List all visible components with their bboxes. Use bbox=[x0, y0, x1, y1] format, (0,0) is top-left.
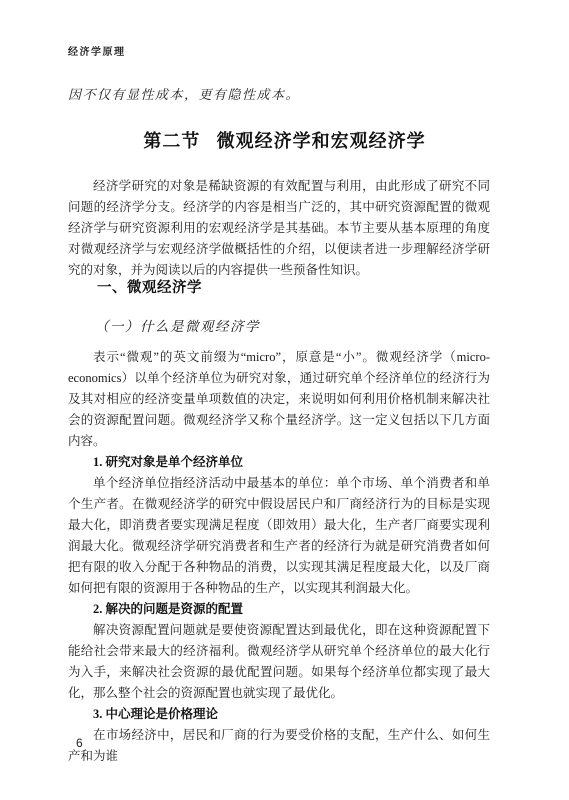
point-1-heading: 1. 研究对象是单个经济单位 bbox=[68, 452, 490, 473]
subsection-heading-microeconomics: 一、微观经济学 bbox=[68, 276, 490, 297]
point-1-paragraph: 单个经济单位指经济活动中最基本的单位：单个市场、单个消费者和单个生产者。在微观经… bbox=[68, 473, 490, 599]
section-lead-paragraph: 经济学研究的对象是稀缺资源的有效配置与利用，由此形成了研究不同问题的经济学分支。… bbox=[68, 176, 490, 281]
point-3-heading: 3. 中心理论是价格理论 bbox=[68, 704, 490, 725]
point-2-heading: 2. 解决的问题是资源的配置 bbox=[68, 599, 490, 620]
point-2-paragraph: 解决资源配置问题就是要使资源配置达到最优化，即在这种资源配置下能给社会带来最大的… bbox=[68, 620, 490, 704]
continuation-paragraph: 因不仅有显性成本，更有隐性成本。 bbox=[68, 84, 490, 103]
section-title-text: 微观经济学和宏观经济学 bbox=[217, 131, 426, 151]
page-number: 6 bbox=[76, 736, 83, 750]
body-text-flow: 表示“微观”的英文前缀为“micro”，原意是“小”。微观经济学（micro-e… bbox=[68, 347, 490, 767]
point-3-paragraph: 在市场经济中，居民和厂商的行为要受价格的支配，生产什么、如何生产和为谁 bbox=[68, 725, 490, 767]
subsubsection-heading-what-is-microeconomics: （一）什么是微观经济学 bbox=[68, 315, 490, 335]
book-page: 经济学原理 因不仅有显性成本，更有隐性成本。 第二节微观经济学和宏观经济学 经济… bbox=[0, 0, 569, 800]
definition-paragraph: 表示“微观”的英文前缀为“micro”，原意是“小”。微观经济学（micro-e… bbox=[68, 347, 490, 452]
section-number: 第二节 bbox=[143, 131, 200, 151]
running-header: 经济学原理 bbox=[68, 43, 126, 58]
section-title: 第二节微观经济学和宏观经济学 bbox=[0, 127, 569, 153]
